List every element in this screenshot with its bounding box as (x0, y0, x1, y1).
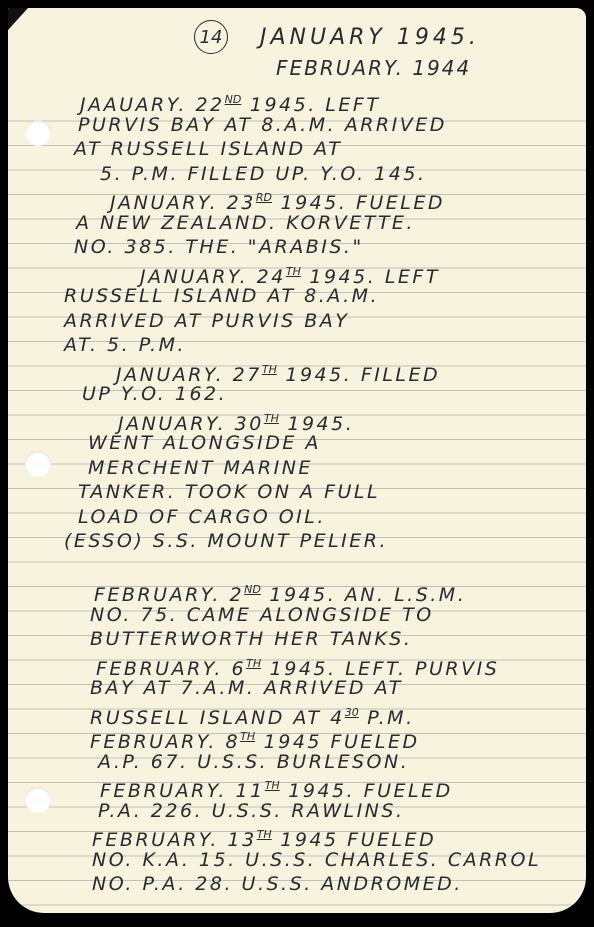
ordinal-suffix: rd (256, 191, 272, 204)
header-month-1: JANUARY 1945. (260, 26, 480, 50)
log-line: WENT ALONGSIDE A (88, 431, 321, 455)
log-line: A NEW ZEALAND. KORVETTE. (76, 211, 415, 235)
ordinal-suffix: 30 (345, 706, 359, 719)
log-line: UP Y.O. 162. (82, 382, 227, 406)
notebook-card: 14 JANUARY 1945. FEBRUARY. 1944 JAAUARY.… (8, 8, 586, 913)
log-line: (ESSO) S.S. MOUNT PELIER. (64, 529, 388, 553)
binder-hole-bottom (25, 787, 51, 813)
folded-corner (8, 8, 28, 30)
log-line: No. 385. The. "ARABIS." (74, 235, 364, 259)
log-line-text: UP Y.O. 162. (82, 383, 227, 405)
ordinal-suffix: th (257, 828, 272, 841)
log-line-text: PURVIS BAY AT 8.A.M. ARRIVED (78, 114, 447, 136)
log-line: BAY AT 7.A.M. ARRIVED AT (90, 676, 403, 700)
log-line-text: RUSSELL ISLAND AT 8.A.M. (64, 285, 379, 307)
ordinal-suffix: th (286, 265, 301, 278)
log-line-text: No. K.A. 15. U.S.S. CHARLES. CARROL (92, 849, 541, 871)
log-line-text: (ESSO) S.S. MOUNT PELIER. (64, 530, 388, 552)
log-line: ARRIVED AT PURVIS BAY (64, 309, 349, 333)
ordinal-suffix: Nd (244, 583, 261, 596)
ordinal-suffix: th (264, 412, 279, 425)
log-line-text: WENT ALONGSIDE A (88, 432, 321, 454)
header-month-2: FEBRUARY. 1944 (276, 56, 471, 80)
log-line-text: AT. 5. P.M. (64, 334, 186, 356)
binder-hole-top (25, 120, 51, 146)
log-line-text: 5. P.M. FILLED UP. Y.O. 145. (100, 163, 427, 185)
log-line-text: A NEW ZEALAND. KORVETTE. (76, 212, 415, 234)
log-line: P.A. 226. U.S.S. RAWLINS. (98, 799, 405, 823)
log-line-text: A.P. 67. U.S.S. BURLESON. (98, 751, 409, 773)
page-number: 14 (200, 27, 223, 48)
log-line: No. K.A. 15. U.S.S. CHARLES. CARROL (92, 848, 541, 872)
ordinal-suffix: Nd (225, 93, 242, 106)
log-line: TANKER. TOOK ON A FULL (78, 480, 380, 504)
binder-hole-middle (25, 451, 51, 477)
log-line-text: MERCHENT MARINE (88, 457, 313, 479)
log-line: No. 75. CAME ALONGSIDE TO (90, 603, 434, 627)
log-line-text: ARRIVED AT PURVIS BAY (64, 310, 349, 332)
log-line: MERCHENT MARINE (88, 456, 313, 480)
log-line: PURVIS BAY AT 8.A.M. ARRIVED (78, 113, 447, 137)
log-line-text: No. P.A. 28. U.S.S. ANDROMED. (92, 873, 463, 895)
ordinal-suffix: th (262, 363, 277, 376)
log-line: A.P. 67. U.S.S. BURLESON. (98, 750, 409, 774)
log-line-text: BUTTERWORTH HER TANKS. (90, 628, 412, 650)
ordinal-suffix: th (246, 657, 261, 670)
log-line: No. P.A. 28. U.S.S. ANDROMED. (92, 872, 463, 896)
log-line-text: P.A. 226. U.S.S. RAWLINS. (98, 800, 405, 822)
log-line: AT RUSSELL ISLAND AT (74, 137, 342, 161)
ordinal-suffix: th (240, 730, 255, 743)
log-line-text: TANKER. TOOK ON A FULL (78, 481, 380, 503)
log-line-text-rest: 1945. FILLED (277, 364, 440, 386)
log-line: RUSSELL ISLAND AT 8.A.M. (64, 284, 379, 308)
log-line-text: No. 385. The. "ARABIS." (74, 236, 364, 258)
log-line: BUTTERWORTH HER TANKS. (90, 627, 412, 651)
ordinal-suffix: th (265, 779, 280, 792)
log-line: 5. P.M. FILLED UP. Y.O. 145. (100, 162, 427, 186)
log-line: AT. 5. P.M. (64, 333, 186, 357)
log-line-text: BAY AT 7.A.M. ARRIVED AT (90, 677, 403, 699)
log-line-text: LOAD OF CARGO OIL. (78, 506, 326, 528)
log-line-text: AT RUSSELL ISLAND AT (74, 138, 342, 160)
log-line: LOAD OF CARGO OIL. (78, 505, 326, 529)
page-number-circle: 14 (194, 20, 228, 54)
log-line-text: No. 75. CAME ALONGSIDE TO (90, 604, 434, 626)
